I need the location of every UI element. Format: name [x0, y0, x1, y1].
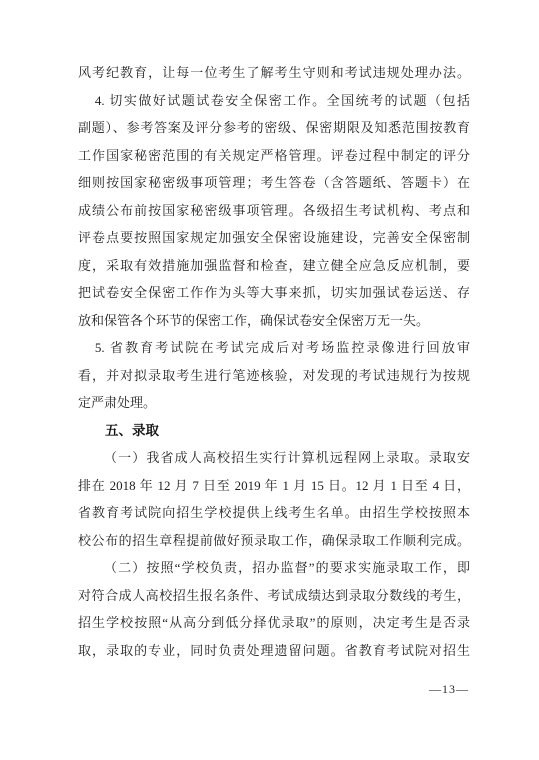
text-line: （二）按照“学校负责，招办监督”的要求实施录取工作，即	[78, 554, 470, 582]
text-line: 把试卷安全保密工作作为头等大事来抓，切实加强试卷运送、存	[78, 279, 470, 307]
text-line: 排在 2018 年 12 月 7 日至 2019 年 1 月 15 日。12 月…	[78, 472, 470, 500]
text-line: 定严肃处理。	[78, 389, 470, 417]
document-body: 风考纪教育，让每一位考生了解考生守则和考试违规处理办法。 4. 切实做好试题试卷…	[78, 59, 470, 664]
text-line: 对符合成人高校招生报名条件、考试成绩达到录取分数线的考生，	[78, 582, 470, 610]
section-heading: 五、录取	[78, 417, 470, 445]
text-line: 省教育考试院向招生学校提供上线考生名单。由招生学校按照本	[78, 499, 470, 527]
text-line: 4. 切实做好试题试卷安全保密工作。全国统考的试题（包括	[78, 87, 470, 115]
text-line: 校公布的招生章程提前做好预录取工作，确保录取工作顺利完成。	[78, 527, 470, 555]
text-line: （一）我省成人高校招生实行计算机远程网上录取。录取安	[78, 444, 470, 472]
text-line: 度，采取有效措施加强监督和检查，建立健全应急反应机制，要	[78, 252, 470, 280]
text-line: 副题）、参考答案及评分参考的密级、保密期限及知悉范围按教育	[78, 114, 470, 142]
text-line: 评卷点要按照国家规定加强安全保密设施建设，完善安全保密制	[78, 224, 470, 252]
text-line: 招生学校按照“从高分到低分择优录取”的原则，决定考生是否录	[78, 609, 470, 637]
text-line: 看，并对拟录取考生进行笔迹核验，对发现的考试违规行为按规	[78, 362, 470, 390]
text-line: 取，录取的专业，同时负责处理遗留问题。省教育考试院对招生	[78, 637, 470, 665]
document-page: 风考纪教育，让每一位考生了解考生守则和考试违规处理办法。 4. 切实做好试题试卷…	[0, 0, 539, 760]
text-line: 风考纪教育，让每一位考生了解考生守则和考试违规处理办法。	[78, 59, 470, 87]
page-number: —13—	[429, 682, 469, 697]
text-line: 放和保管各个环节的保密工作，确保试卷安全保密万无一失。	[78, 307, 470, 335]
text-line: 5. 省教育考试院在考试完成后对考场监控录像进行回放审	[78, 334, 470, 362]
text-line: 成绩公布前按国家秘密级事项管理。各级招生考试机构、考点和	[78, 197, 470, 225]
text-line: 工作国家秘密范围的有关规定严格管理。评卷过程中制定的评分	[78, 142, 470, 170]
text-line: 细则按国家秘密级事项管理；考生答卷（含答题纸、答题卡）在	[78, 169, 470, 197]
